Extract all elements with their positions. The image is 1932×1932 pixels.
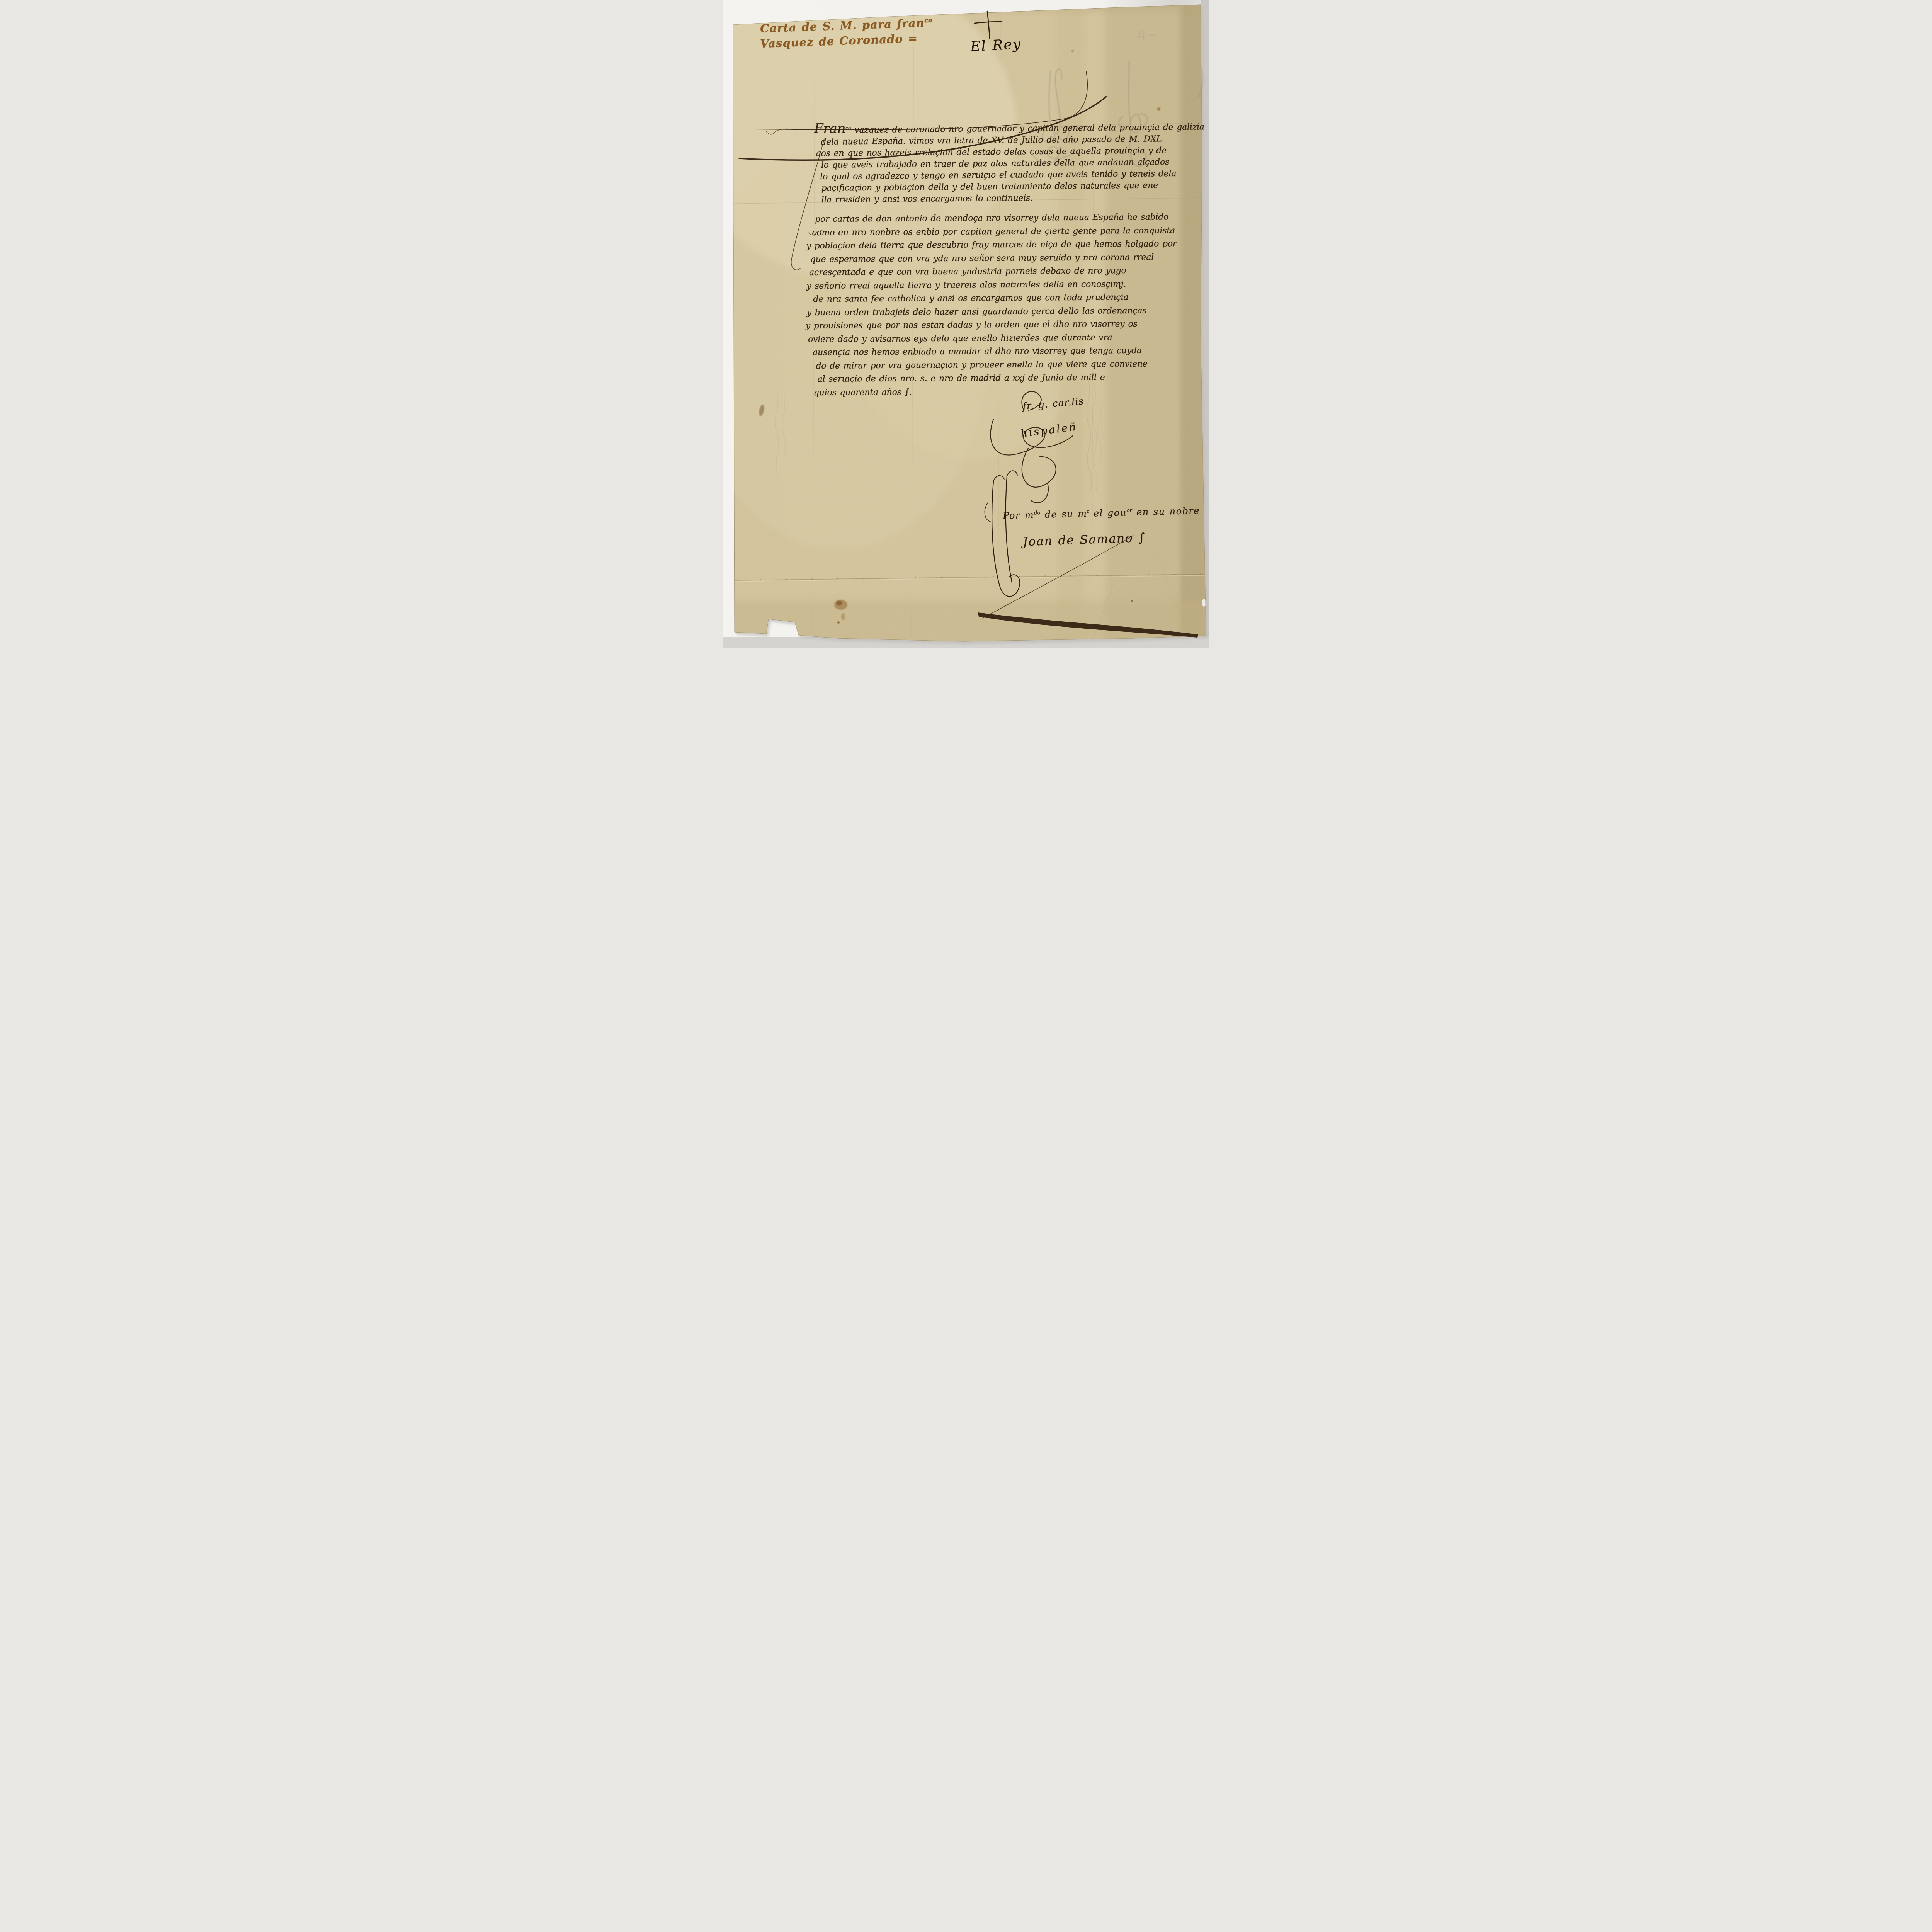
scanned-letter-page: Carta de S. M. para franco Vasquez de Co… — [723, 0, 1209, 648]
paper-and-ink-decorations — [723, 0, 1209, 648]
paper-tone — [723, 0, 1209, 648]
